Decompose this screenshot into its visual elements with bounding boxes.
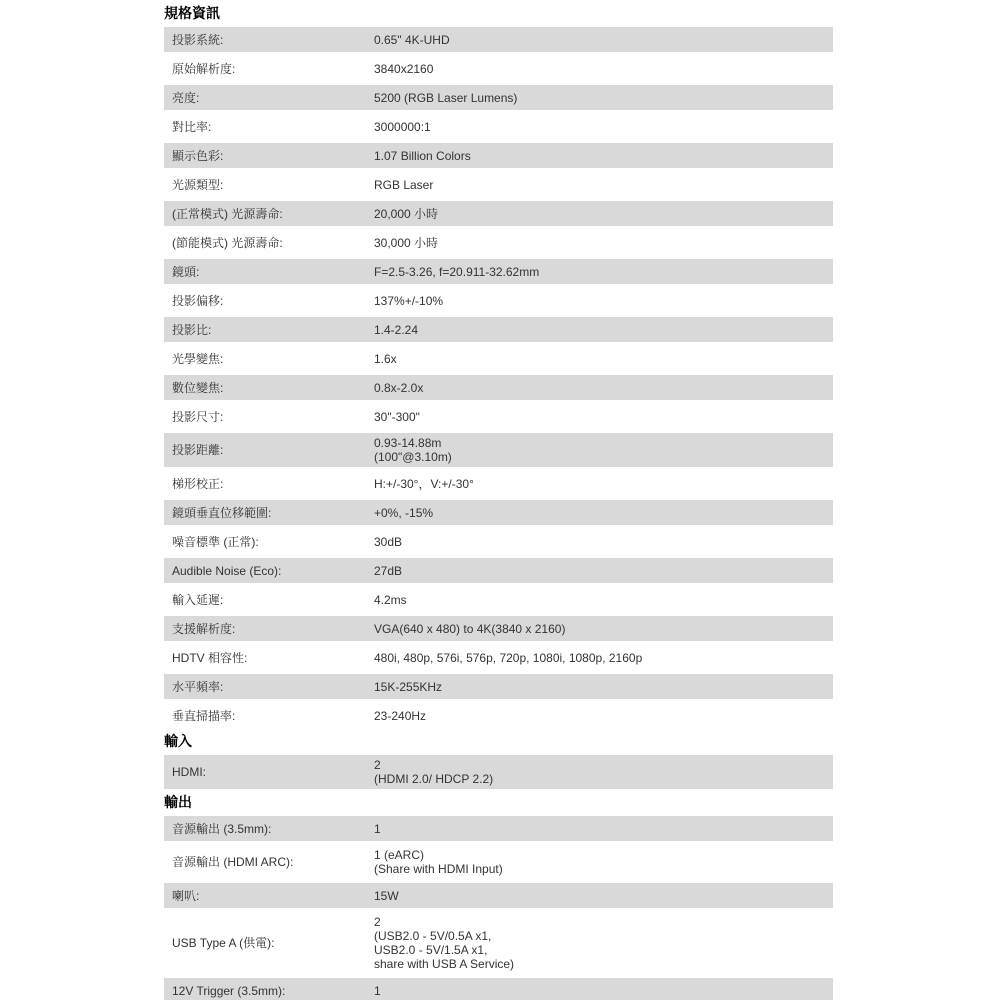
spec-row-label: 支援解析度:	[172, 622, 374, 636]
spec-row-label: 投影比:	[172, 323, 374, 337]
spec-row-label: 數位變焦:	[172, 381, 374, 395]
spec-row-value: F=2.5-3.26, f=20.911-32.62mm	[374, 265, 825, 279]
spec-row-value: VGA(640 x 480) to 4K(3840 x 2160)	[374, 622, 825, 636]
spec-row-value: 1.07 Billion Colors	[374, 149, 825, 163]
spec-row-label: 垂直掃描率:	[172, 709, 374, 723]
spec-row: 對比率:3000000:1	[164, 114, 833, 139]
spec-row-value: 30dB	[374, 535, 825, 549]
spec-row: 水平頻率:15K-255KHz	[164, 674, 833, 699]
spec-row-label: 梯形校正:	[172, 477, 374, 491]
spec-row-value: 480i, 480p, 576i, 576p, 720p, 1080i, 108…	[374, 651, 825, 665]
spec-row-label: (正常模式) 光源壽命:	[172, 207, 374, 221]
spec-row-value: +0%, -15%	[374, 506, 825, 520]
spec-row-value: 1	[374, 984, 825, 998]
spec-row: 投影比:1.4-2.24	[164, 317, 833, 342]
spec-row: 鏡頭垂直位移範圍:+0%, -15%	[164, 500, 833, 525]
spec-row-value: 0.93-14.88m (100"@3.10m)	[374, 436, 825, 464]
spec-row-value: 15W	[374, 889, 825, 903]
section-heading: 輸入	[164, 732, 833, 750]
spec-row: 鏡頭:F=2.5-3.26, f=20.911-32.62mm	[164, 259, 833, 284]
spec-section: 輸出音源輸出 (3.5mm):1音源輸出 (HDMI ARC):1 (eARC)…	[164, 793, 833, 1000]
spec-section: 輸入HDMI:2 (HDMI 2.0/ HDCP 2.2)	[164, 732, 833, 789]
spec-row-label: 投影距離:	[172, 443, 374, 457]
spec-row-value: 1	[374, 822, 825, 836]
spec-row-value: 0.8x-2.0x	[374, 381, 825, 395]
spec-row: HDMI:2 (HDMI 2.0/ HDCP 2.2)	[164, 755, 833, 789]
spec-row-label: (節能模式) 光源壽命:	[172, 236, 374, 250]
spec-row: 數位變焦:0.8x-2.0x	[164, 375, 833, 400]
spec-row-label: HDMI:	[172, 765, 374, 779]
spec-row-label: 亮度:	[172, 91, 374, 105]
spec-row-value: 20,000 小時	[374, 207, 825, 221]
spec-row-label: 投影尺寸:	[172, 410, 374, 424]
spec-row-label: 光學變焦:	[172, 352, 374, 366]
spec-row-label: 喇叭:	[172, 889, 374, 903]
spec-row-value: 3840x2160	[374, 62, 825, 76]
spec-row-label: 12V Trigger (3.5mm):	[172, 984, 374, 998]
spec-row: USB Type A (供電):2 (USB2.0 - 5V/0.5A x1, …	[164, 912, 833, 974]
spec-row-label: 對比率:	[172, 120, 374, 134]
spec-row: (節能模式) 光源壽命:30,000 小時	[164, 230, 833, 255]
spec-row-value: 2 (USB2.0 - 5V/0.5A x1, USB2.0 - 5V/1.5A…	[374, 915, 825, 971]
spec-row-label: 投影偏移:	[172, 294, 374, 308]
spec-row-value: 30"-300"	[374, 410, 825, 424]
spec-row-value: 2 (HDMI 2.0/ HDCP 2.2)	[374, 758, 825, 786]
spec-row: 原始解析度:3840x2160	[164, 56, 833, 81]
spec-row-label: 顯示色彩:	[172, 149, 374, 163]
spec-row: 光學變焦:1.6x	[164, 346, 833, 371]
spec-table: 規格資訊投影系統:0.65" 4K-UHD原始解析度:3840x2160亮度:5…	[164, 4, 833, 1000]
spec-row: 喇叭:15W	[164, 883, 833, 908]
spec-row: HDTV 相容性:480i, 480p, 576i, 576p, 720p, 1…	[164, 645, 833, 670]
spec-row-label: 噪音標準 (正常):	[172, 535, 374, 549]
section-heading: 輸出	[164, 793, 833, 811]
spec-row-value: 1.6x	[374, 352, 825, 366]
spec-row: 梯形校正:H:+/-30°，V:+/-30°	[164, 471, 833, 496]
spec-row-label: Audible Noise (Eco):	[172, 564, 374, 578]
spec-row: 光源類型:RGB Laser	[164, 172, 833, 197]
spec-row-label: 音源輸出 (HDMI ARC):	[172, 855, 374, 869]
spec-row-value: 27dB	[374, 564, 825, 578]
spec-row: 投影系統:0.65" 4K-UHD	[164, 27, 833, 52]
spec-row: 噪音標準 (正常):30dB	[164, 529, 833, 554]
spec-row: 投影距離:0.93-14.88m (100"@3.10m)	[164, 433, 833, 467]
section-heading: 規格資訊	[164, 4, 833, 22]
spec-row: 音源輸出 (HDMI ARC):1 (eARC) (Share with HDM…	[164, 845, 833, 879]
spec-section: 規格資訊投影系統:0.65" 4K-UHD原始解析度:3840x2160亮度:5…	[164, 4, 833, 728]
spec-row-label: 鏡頭垂直位移範圍:	[172, 506, 374, 520]
spec-row: (正常模式) 光源壽命:20,000 小時	[164, 201, 833, 226]
spec-page: 規格資訊投影系統:0.65" 4K-UHD原始解析度:3840x2160亮度:5…	[0, 0, 1000, 1000]
spec-row: 投影尺寸:30"-300"	[164, 404, 833, 429]
spec-row: 垂直掃描率:23-240Hz	[164, 703, 833, 728]
spec-row: 亮度:5200 (RGB Laser Lumens)	[164, 85, 833, 110]
spec-row: Audible Noise (Eco):27dB	[164, 558, 833, 583]
spec-row-value: 137%+/-10%	[374, 294, 825, 308]
spec-row-value: RGB Laser	[374, 178, 825, 192]
spec-row-value: 1 (eARC) (Share with HDMI Input)	[374, 848, 825, 876]
spec-row-value: 4.2ms	[374, 593, 825, 607]
spec-row-label: 輸入延遲:	[172, 593, 374, 607]
spec-row-value: 30,000 小時	[374, 236, 825, 250]
spec-row: 音源輸出 (3.5mm):1	[164, 816, 833, 841]
spec-row: 12V Trigger (3.5mm):1	[164, 978, 833, 1000]
spec-row-value: H:+/-30°，V:+/-30°	[374, 477, 825, 491]
spec-row-label: 光源類型:	[172, 178, 374, 192]
spec-row-label: 原始解析度:	[172, 62, 374, 76]
spec-row-label: 鏡頭:	[172, 265, 374, 279]
spec-row-value: 23-240Hz	[374, 709, 825, 723]
spec-row: 投影偏移:137%+/-10%	[164, 288, 833, 313]
spec-row-label: USB Type A (供電):	[172, 936, 374, 950]
spec-row: 支援解析度:VGA(640 x 480) to 4K(3840 x 2160)	[164, 616, 833, 641]
spec-row-label: HDTV 相容性:	[172, 651, 374, 665]
spec-row: 輸入延遲:4.2ms	[164, 587, 833, 612]
spec-row-value: 15K-255KHz	[374, 680, 825, 694]
spec-row-value: 5200 (RGB Laser Lumens)	[374, 91, 825, 105]
spec-row-label: 投影系統:	[172, 33, 374, 47]
spec-row-value: 0.65" 4K-UHD	[374, 33, 825, 47]
spec-row-label: 水平頻率:	[172, 680, 374, 694]
spec-row-value: 1.4-2.24	[374, 323, 825, 337]
spec-row-label: 音源輸出 (3.5mm):	[172, 822, 374, 836]
spec-row-value: 3000000:1	[374, 120, 825, 134]
spec-row: 顯示色彩:1.07 Billion Colors	[164, 143, 833, 168]
